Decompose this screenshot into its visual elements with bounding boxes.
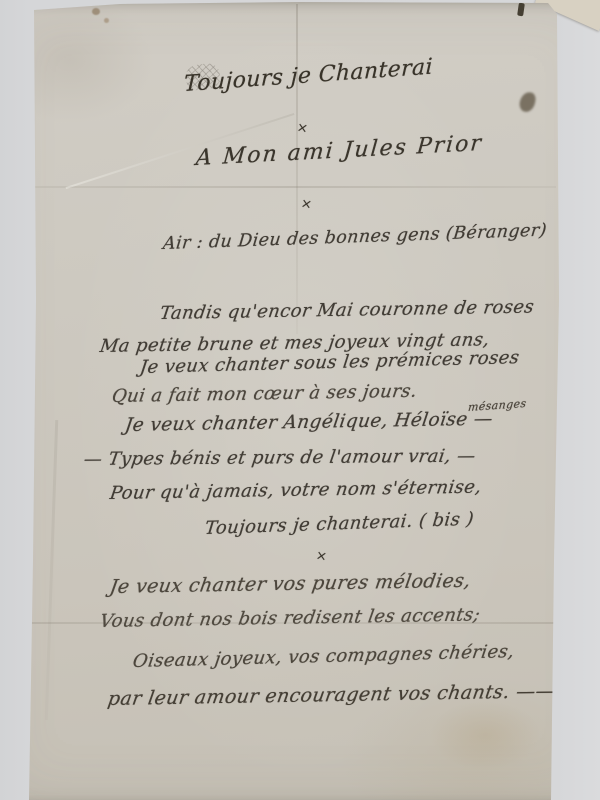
fold-crease-horizontal-top	[34, 186, 556, 188]
stanza2-line: Oiseaux joyeux, vos compagnes chéries,	[131, 641, 515, 672]
stanza1-line: Je veux chanter Angélique, Héloïse —	[124, 409, 495, 436]
stanza2-line: Vous dont nos bois redisent les accents;	[98, 604, 481, 632]
separator-mark: ×	[296, 120, 310, 137]
dedication-line: A Mon ami Jules Prior	[195, 131, 484, 171]
stanza1-line: — Types bénis et purs de l'amour vrai, —	[82, 446, 477, 470]
stanza1-line: Tandis qu'encor Mai couronne de roses	[159, 296, 536, 324]
crease-left	[45, 420, 58, 720]
ink-blot	[518, 91, 537, 114]
stanza2-line: par leur amour encouragent vos chants. —…	[106, 680, 557, 710]
foxing-spot	[104, 18, 109, 23]
ink-mark-top-right	[517, 3, 525, 17]
stanza1-line: Qui a fait mon cœur à ses jours.	[111, 381, 419, 407]
interline-insertion: mésanges	[467, 397, 527, 414]
refrain-line: Toujours je chanterai. ( bis )	[204, 509, 475, 539]
separator-mark: ×	[300, 196, 314, 213]
stanza2-line: Je veux chanter vos pures mélodies,	[108, 570, 472, 598]
paper-stain	[430, 700, 540, 770]
poem-title: Toujours je Chanterai	[184, 55, 434, 98]
separator-mark: ×	[315, 548, 329, 565]
air-tune-line: Air : du Dieu des bonnes gens (Béranger)	[162, 221, 548, 254]
fold-crease-vertical	[296, 4, 298, 334]
stanza1-line: Pour qu'à jamais, votre nom s'éternise,	[109, 476, 483, 504]
foxing-spot	[92, 8, 100, 15]
manuscript-page: Toujours je Chanterai × A Mon ami Jules …	[0, 0, 600, 800]
manuscript-photograph: Toujours je Chanterai × A Mon ami Jules …	[0, 0, 600, 800]
